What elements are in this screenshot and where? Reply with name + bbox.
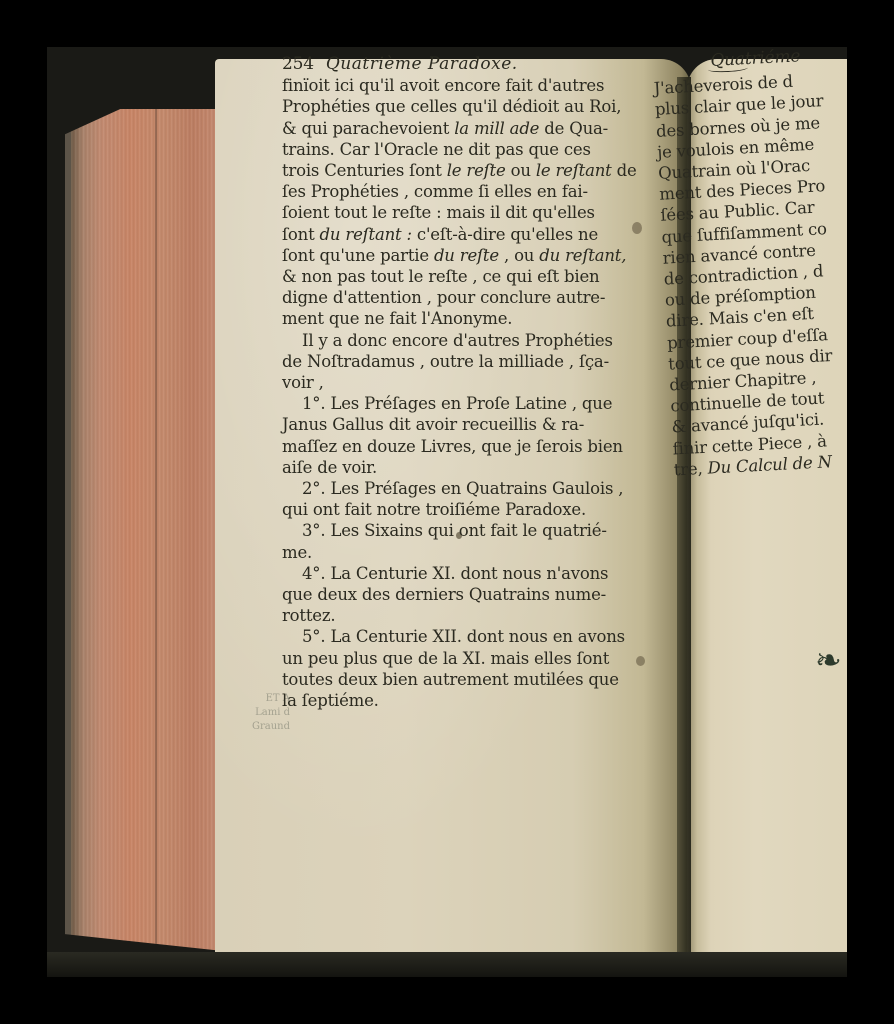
text-line: Prophéties que celles qu'il dédioit au R… (282, 96, 612, 117)
text-line: qui ont fait notre troiſiéme Paradoxe. (282, 499, 612, 520)
text-run: de (612, 161, 637, 180)
italic-text: le reſte (447, 161, 506, 180)
text-line: toutes deux bien autrement mutilées que (282, 669, 612, 690)
text-line: ment que ne fait l'Anonyme. (282, 308, 612, 329)
text-line: Il y a donc encore d'autres Prophéties (282, 330, 612, 351)
text-line: 3°. Les Sixains qui ont fait le quatrié- (282, 520, 612, 541)
text-line: 1°. Les Préſages en Proſe Latine , que (282, 393, 612, 414)
text-run: ſont qu'une partie (282, 246, 434, 265)
text-run: de Qua- (539, 119, 608, 138)
text-run: c'eſt-à-dire qu'elles ne (412, 225, 598, 244)
text-line: 5°. La Centurie XII. dont nous en avons (282, 626, 612, 647)
text-run: ou (506, 161, 536, 180)
right-page-text: Quatriéme J'acheverois de dplus clair qu… (652, 44, 874, 481)
show-through-margin-note: ET ALami dGraund (210, 692, 290, 734)
page-number: 254 (282, 54, 314, 75)
ink-spot (632, 222, 642, 234)
text-run: tre, (673, 459, 708, 480)
italic-text: la mill ade (454, 119, 539, 138)
text-line: 4°. La Centurie XI. dont nous n'avons (282, 563, 612, 584)
text-line: trains. Car l'Oracle ne dit pas que ces (282, 139, 612, 160)
text-line: trois Centuries ſont le reſte ou le reſt… (282, 160, 612, 181)
text-line: aiſe de voir. (282, 457, 612, 478)
text-line: maſſez en douze Livres, que je ſerois bi… (282, 436, 612, 457)
text-line: ſes Prophéties , comme ſi elles en fai- (282, 181, 612, 202)
text-run: ſont (282, 225, 320, 244)
book-fore-edge (65, 109, 223, 951)
text-line: finïoit ici qu'il avoit encore fait d'au… (282, 75, 612, 96)
text-line: & non pas tout le reſte , ce qui eſt bie… (282, 266, 612, 287)
text-line: & qui parachevoient la mill ade de Qua- (282, 118, 612, 139)
text-line: que deux des derniers Quatrains nume- (282, 584, 612, 605)
book-cover-edge (47, 952, 847, 977)
text-line: me. (282, 542, 612, 563)
text-line: ſoient tout le reſte : mais il dit qu'el… (282, 202, 612, 223)
running-head-title: Quatrième Paradoxe. (326, 54, 518, 75)
left-page-body: finïoit ici qu'il avoit encore fait d'au… (282, 75, 612, 711)
italic-text: du reſtant, (539, 246, 626, 265)
text-line: rottez. (282, 605, 612, 626)
text-line: voir , (282, 372, 612, 393)
text-line: de Noſtradamus , outre la milliade , ſça… (282, 351, 612, 372)
text-line: ſont du reſtant : c'eſt-à-dire qu'elles … (282, 224, 612, 245)
text-line: 2°. Les Préſages en Quatrains Gaulois , (282, 478, 612, 499)
text-line: Janus Gallus dit avoir recueillis & ra- (282, 414, 612, 435)
left-page-text: 254 Quatrième Paradoxe. finïoit ici qu'i… (282, 54, 612, 711)
text-line: ſont qu'une partie du reſte , ou du reſt… (282, 245, 612, 266)
italic-text: du reſtant : (320, 225, 412, 244)
ink-spot (636, 656, 645, 666)
text-line: un peu plus que de la XI. mais elles ſon… (282, 648, 612, 669)
text-run: trois Centuries ſont (282, 161, 447, 180)
text-run: & qui parachevoient (282, 119, 454, 138)
left-running-head: 254 Quatrième Paradoxe. (282, 54, 612, 75)
text-line: la ſeptiéme. (282, 690, 612, 711)
text-run: , ou (499, 246, 539, 265)
right-page-body: J'acheverois de dplus clair que le jourd… (653, 68, 874, 481)
text-line: digne d'attention , pour conclure autre- (282, 287, 612, 308)
italic-text: le reſtant (536, 161, 612, 180)
fleuron-ornament-icon: ❧ (815, 640, 847, 680)
italic-text: du reſte (434, 246, 499, 265)
